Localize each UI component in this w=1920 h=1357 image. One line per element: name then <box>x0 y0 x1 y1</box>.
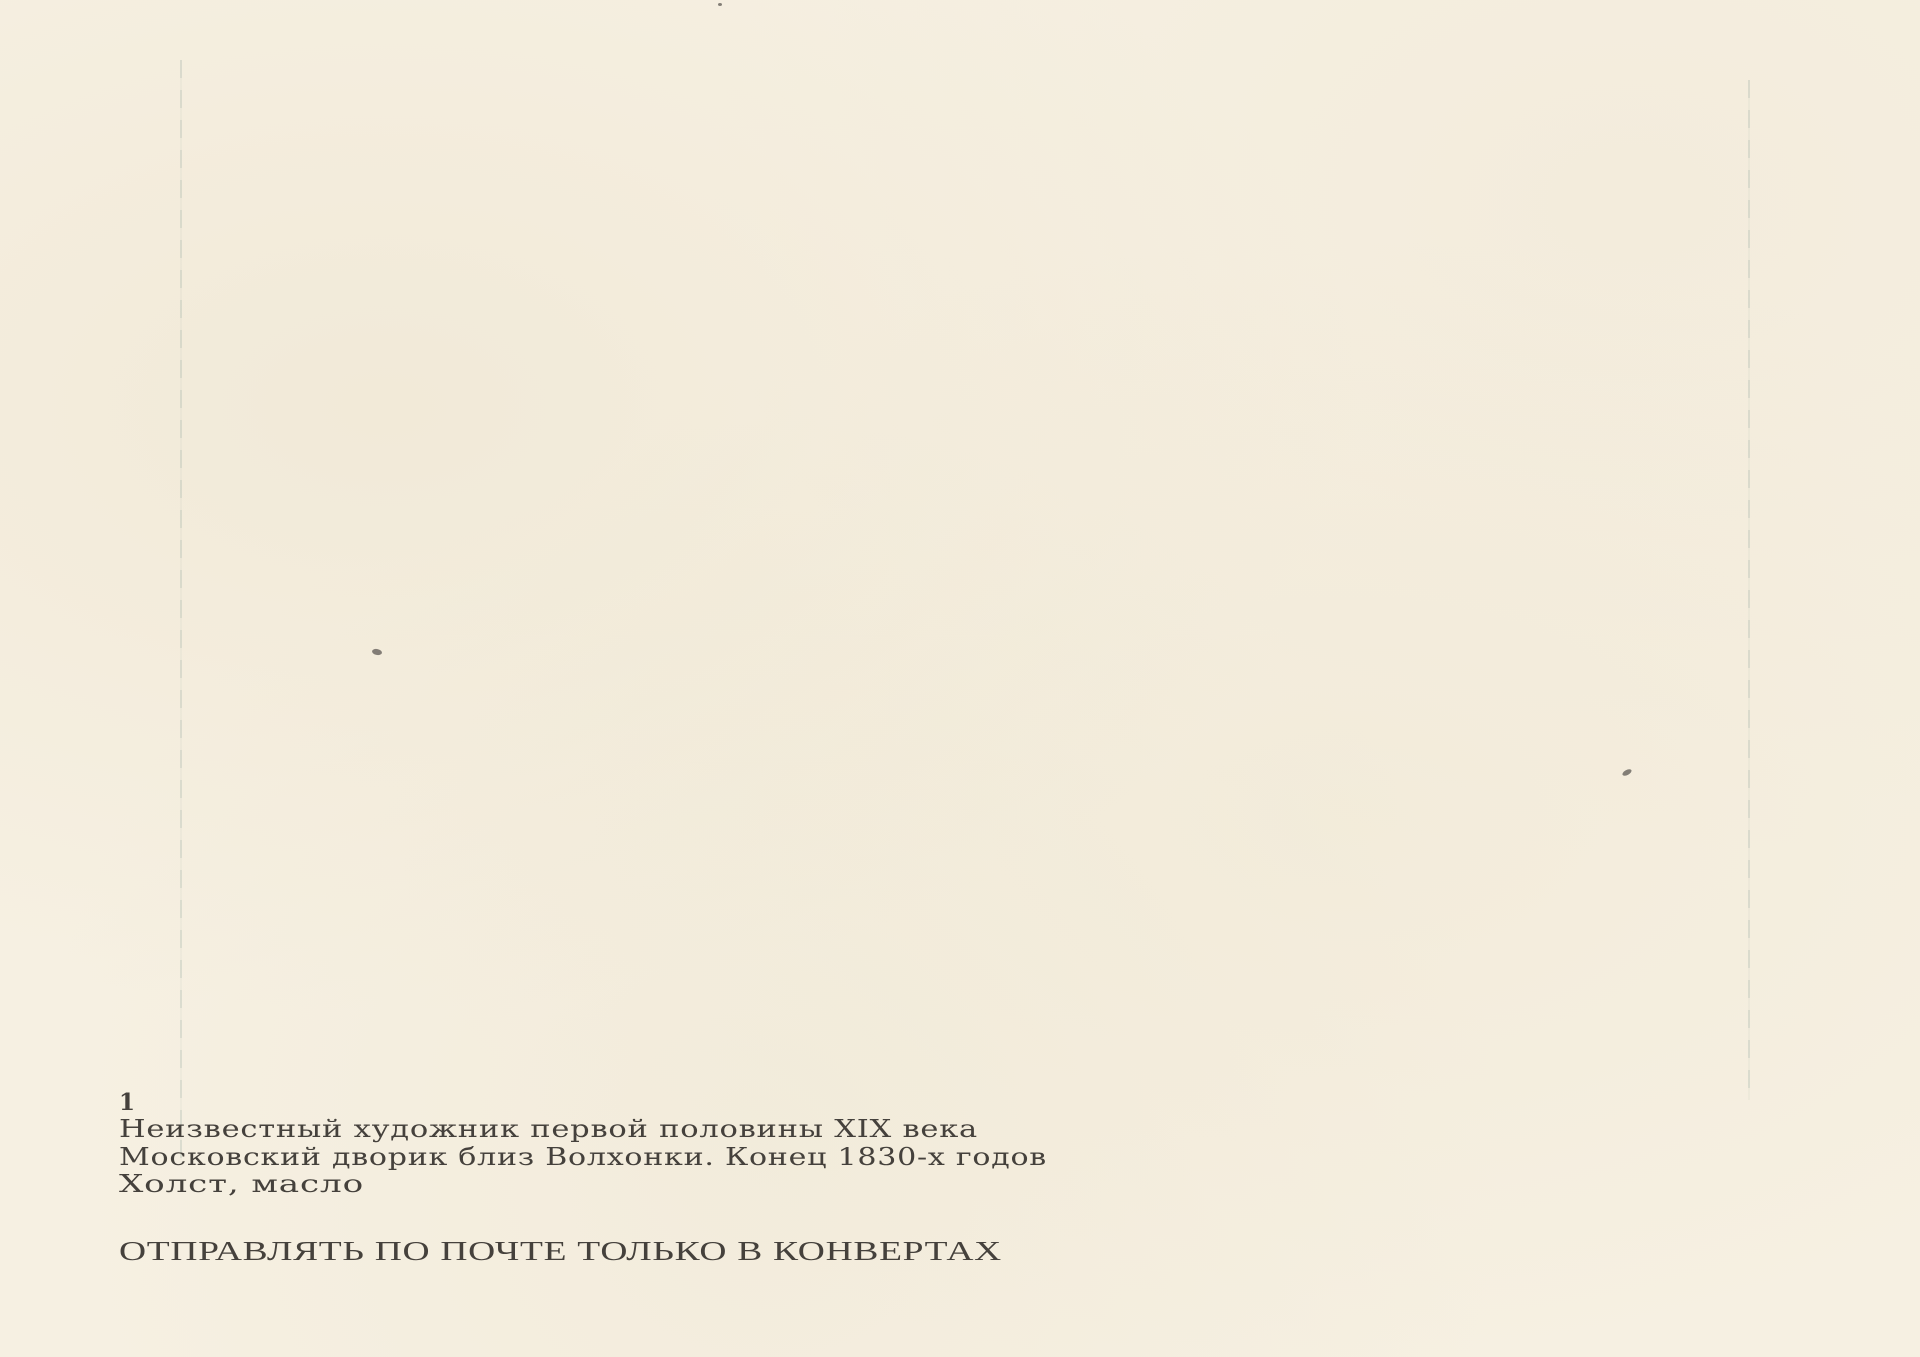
artist-line: Неизвестный художник первой половины XIX… <box>119 1116 1061 1144</box>
mail-notice: ОТПРАВЛЯТЬ ПО ПОЧТЕ ТОЛЬКО В КОНВЕРТАХ <box>119 1236 1002 1266</box>
paper-speck <box>371 648 382 656</box>
postcard-back-paper: 1 Неизвестный художник первой половины X… <box>0 0 1920 1357</box>
paper-speck <box>1621 768 1632 777</box>
medium-line: Холст, масло <box>119 1171 1174 1199</box>
paper-speck <box>718 3 722 6</box>
plate-number: 1 <box>119 1090 860 1116</box>
artwork-caption: 1 Неизвестный художник первой половины X… <box>119 1090 860 1199</box>
show-through-frame-line-left <box>180 60 182 1160</box>
show-through-frame-line-right <box>1748 80 1750 1100</box>
title-date-line: Московский дворик близ Волхонки. Конец 1… <box>119 1144 1047 1172</box>
